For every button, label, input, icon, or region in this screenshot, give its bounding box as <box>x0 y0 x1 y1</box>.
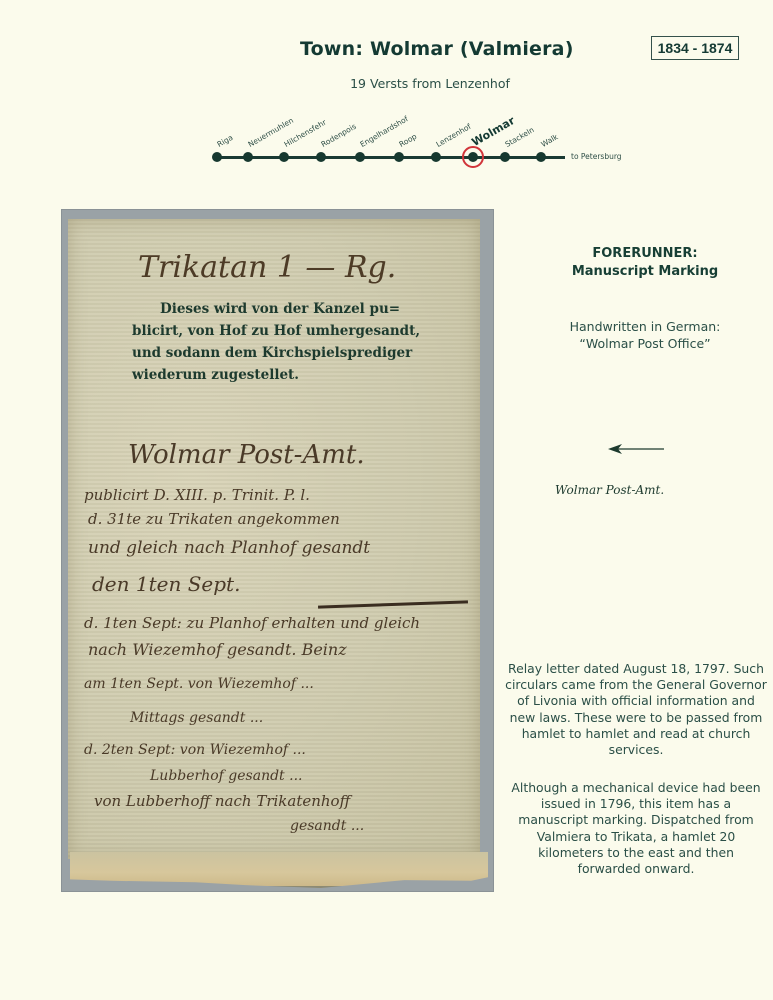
handwritten-line: gesandt ... <box>290 818 364 834</box>
station-dot <box>279 152 289 162</box>
description-paragraph: Although a mechanical device had been is… <box>505 780 767 877</box>
handwritten-line: am 1ten Sept. von Wiezemhof ... <box>84 676 314 692</box>
note-quote: “Wolmar Post Office” <box>530 335 760 352</box>
route-diagram: RigaNeuermuhlenHilchensfehrRodenpoisEnge… <box>0 0 773 190</box>
route-line <box>215 156 565 159</box>
description-paragraph: Relay letter dated August 18, 1797. Such… <box>505 661 767 758</box>
handwritten-line: d. 2ten Sept: von Wiezemhof ... <box>84 742 306 758</box>
printed-circular-text: Dieses wird von der Kanzel pu= blicirt, … <box>132 298 432 386</box>
forerunner-subheading: Manuscript Marking <box>545 263 745 281</box>
current-station-ring <box>462 146 484 168</box>
forerunner-heading-line: FORERUNNER: <box>545 245 745 263</box>
handwritten-line: d. 1ten Sept: zu Planhof erhalten und gl… <box>84 614 420 632</box>
handwritten-line: publicirt D. XIII. p. Trinit. P. l. <box>84 486 310 504</box>
handwritten-line: Mittags gesandt ... <box>130 710 263 726</box>
station-label: Riga <box>216 133 235 149</box>
station-dot <box>212 152 222 162</box>
station-dot <box>394 152 404 162</box>
handwritten-line: Lubberhof gesandt ... <box>150 768 302 784</box>
note-line: Handwritten in German: <box>530 318 760 335</box>
station-dot <box>536 152 546 162</box>
printed-line: Dieses wird von der Kanzel pu= <box>132 298 432 320</box>
handwritten-note: Handwritten in German: “Wolmar Post Offi… <box>530 318 760 352</box>
station-dot <box>500 152 510 162</box>
manuscript-marking-copy: Wolmar Post-Amt. <box>555 483 664 497</box>
manuscript-marking: Wolmar Post-Amt. <box>128 440 365 470</box>
station-label: Roop <box>398 132 419 149</box>
station-dot <box>355 152 365 162</box>
handwritten-line: den 1ten Sept. <box>92 572 240 596</box>
station-dot <box>431 152 441 162</box>
forerunner-heading: FORERUNNER: Manuscript Marking <box>545 245 745 281</box>
handwritten-line: d. 31te zu Trikaten angekommen <box>88 510 340 528</box>
station-label: Walk <box>540 132 560 149</box>
printed-line: blicirt, von Hof zu Hof umhergesandt, <box>132 320 432 342</box>
station-dot <box>243 152 253 162</box>
route-end-label: to Petersburg <box>571 152 622 161</box>
printed-line: und sodann dem Kirchspielsprediger <box>132 342 432 364</box>
station-dot <box>316 152 326 162</box>
destination-handwriting: Trikatan 1 — Rg. <box>138 250 396 285</box>
station-label: Lenzenhof <box>435 122 473 149</box>
handwritten-line: und gleich nach Planhof gesandt <box>88 538 370 558</box>
handwritten-line: von Lubberhoff nach Trikatenhoff <box>94 792 350 810</box>
handwritten-line: nach Wiezemhof gesandt. Beinz <box>88 640 347 659</box>
printed-line: wiederum zugestellet. <box>132 364 432 386</box>
arrow-left-icon <box>608 443 664 455</box>
